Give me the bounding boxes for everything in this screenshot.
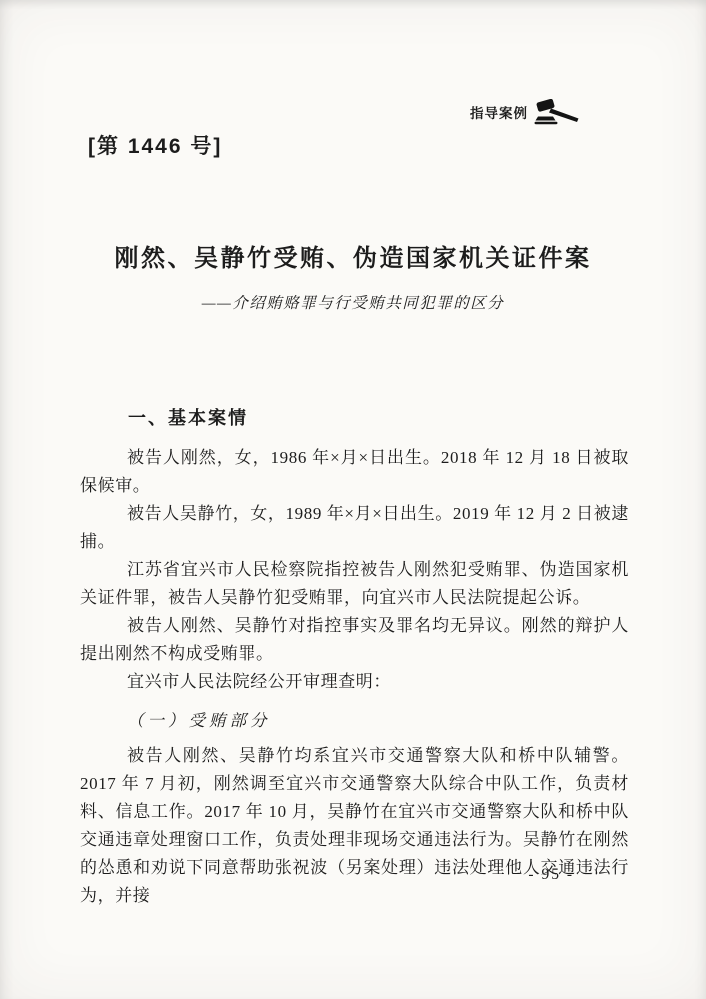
case-subtitle: ——介绍贿赂罪与行受贿共同犯罪的区分	[0, 291, 706, 313]
paragraph-bribery-facts: 被告人刚然、吴静竹均系宜兴市交通警察大队和桥中队辅警。2017 年 7 月初，刚…	[80, 742, 629, 910]
subsection-heading-bribery-part: （一）受贿部分	[80, 707, 629, 731]
running-head: 指导案例	[470, 99, 580, 125]
paragraph-defendant-wujingzhu: 被告人吴静竹，女，1989 年×月×日出生。2019 年 12 月 2 日被逮捕…	[80, 500, 629, 556]
body-content: 一、基本案情 被告人刚然，女，1986 年×月×日出生。2018 年 12 月 …	[80, 404, 629, 910]
paragraph-defense-opinion: 被告人刚然、吴静竹对指控事实及罪名均无异议。刚然的辩护人提出刚然不构成受贿罪。	[80, 612, 629, 668]
paragraph-prosecution: 江苏省宜兴市人民检察院指控被告人刚然犯受贿罪、伪造国家机关证件罪，被告人吴静竹犯…	[80, 556, 629, 612]
paragraph-court-finding-intro: 宜兴市人民法院经公开审理查明：	[80, 668, 629, 696]
paragraph-defendant-gangran: 被告人刚然，女，1986 年×月×日出生。2018 年 12 月 18 日被取保…	[80, 444, 629, 500]
section-heading-basic-facts: 一、基本案情	[80, 404, 629, 430]
page-number: - 95 -	[528, 866, 574, 884]
scanned-book-page: 指导案例 [第 1446 号] 刚然、吴静竹受贿、伪造国家机关证件案 ——介绍贿…	[0, 0, 706, 999]
running-head-label: 指导案例	[470, 102, 528, 122]
gavel-icon	[534, 99, 580, 125]
case-title: 刚然、吴静竹受贿、伪造国家机关证件案	[0, 238, 706, 273]
case-number: [第 1446 号]	[88, 130, 222, 160]
